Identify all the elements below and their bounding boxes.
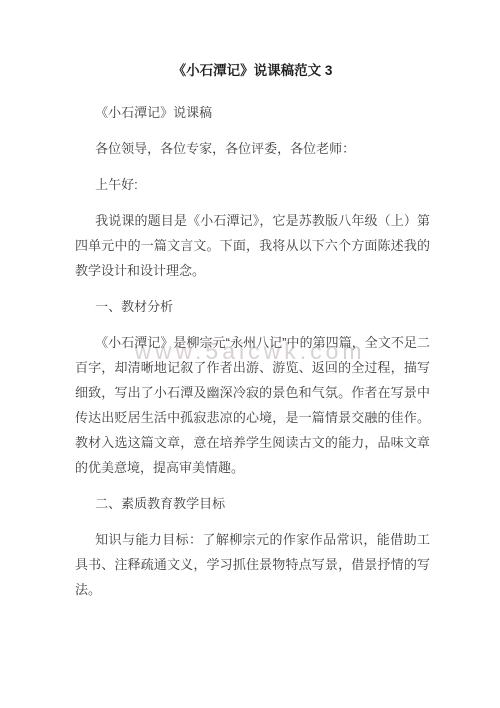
paragraph: 上午好: [75, 172, 430, 197]
paragraph: 《小石潭记》说课稿 [75, 100, 430, 125]
paragraph: 各位领导，各位专家，各位评委，各位老师： [75, 136, 430, 161]
section-heading: 二、素质教育教学目标 [75, 491, 430, 516]
document-content: 《小石潭记》说课稿范文 3 《小石潭记》说课稿各位领导，各位专家，各位评委，各位… [75, 62, 430, 602]
paragraph: 《小石潭记》是柳宗元“永州八记”中的第四篇，全文不足二百字，却清晰地记叙了作者出… [75, 330, 430, 480]
document-page: www.5aicwk.com 《小石潭记》说课稿范文 3 《小石潭记》说课稿各位… [0, 0, 500, 708]
document-title: 《小石潭记》说课稿范文 3 [75, 62, 430, 80]
paragraph: 知识与能力目标：了解柳宗元的作家作品常识，能借助工具书、注释疏通文义，学习抓住景… [75, 527, 430, 602]
document-body: 《小石潭记》说课稿各位领导，各位专家，各位评委，各位老师：上午好:我说课的题目是… [75, 100, 430, 602]
paragraph: 我说课的题目是《小石潭记》，它是苏教版八年级（上）第四单元中的一篇文言文。下面，… [75, 208, 430, 283]
section-heading: 一、教材分析 [75, 294, 430, 319]
